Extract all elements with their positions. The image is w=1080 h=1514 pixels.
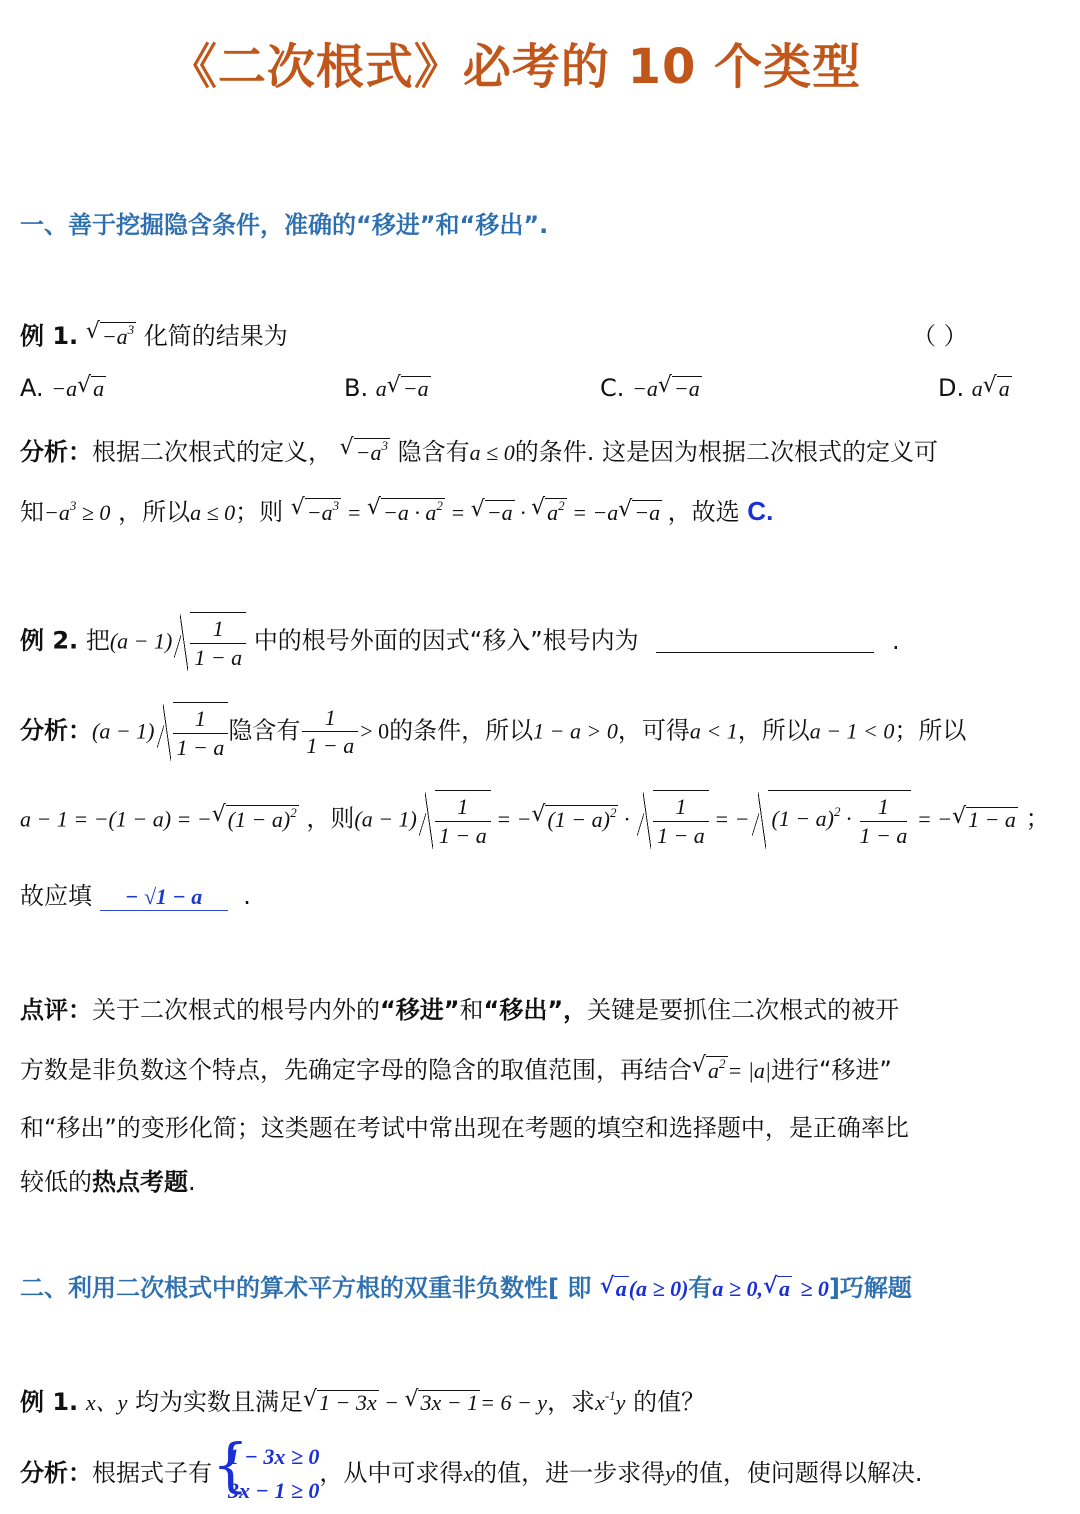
option-c: C. −a−a [600, 374, 702, 402]
derivation: −a3 = −a · a2 = −a · a2 = −a−a [291, 500, 668, 525]
option-a: A. −aa [20, 374, 106, 402]
answer-choice: C. [747, 496, 773, 526]
fill-answer-line: 故应填 − √1 − a . [20, 876, 251, 911]
option-b: B. a−a [344, 374, 431, 402]
comment-line-3: 和“移出”的变形化简；这类题在考试中常出现在考题的填空和选择题中，是正确率比 [20, 1108, 909, 1143]
comment-line-4: 较低的热点考题. [20, 1162, 196, 1197]
sqrt-expression: −a3 [86, 322, 136, 350]
answer-bracket: （ ） [912, 316, 968, 351]
example-2-question: 例 2. 把(a − 1)11 − a 中的根号外面的因式“移入”根号内为 . [20, 612, 900, 671]
answer-blank [656, 651, 874, 653]
analysis-1-line-1: 分析：根据二次根式的定义， −a3 隐含有a ≤ 0的条件. 这是因为根据二次根… [20, 432, 938, 467]
section-2-analysis: 分析：根据式子有{1 − 3x ≥ 03x − 1 ≥ 0，从中可求得x的值，进… [20, 1440, 923, 1508]
section-2-heading: 二、利用二次根式中的算术平方根的双重非负数性[ 即 a(a ≥ 0)有a ≥ 0… [20, 1268, 912, 1303]
option-d: D. aa [938, 374, 1012, 402]
section-1-heading: 一、善于挖掘隐含条件，准确的“移进”和“移出”. [20, 205, 548, 240]
example-label: 例 1. [20, 322, 78, 350]
page-title: 《二次根式》必考的 10 个类型 [0, 28, 1030, 97]
inequality-system: {1 − 3x ≥ 03x − 1 ≥ 0 [212, 1440, 319, 1508]
comment-line-1: 点评：关于二次根式的根号内外的“移进”和“移出”，关键是要抓住二次根式的被开 [20, 990, 899, 1025]
analysis-1-line-2: 知−a3 ≥ 0 ，所以a ≤ 0；则 −a3 = −a · a2 = −a ·… [20, 492, 773, 527]
example-1-question: 例 1. −a3 化简的结果为 [20, 316, 288, 351]
section-2-example-1: 例 1. x、y 均为实数且满足1 − 3x − 3x − 1= 6 − y，求… [20, 1382, 705, 1417]
comment-line-2: 方数是非负数这个特点，先确定字母的隐含的取值范围，再结合a2= |a|进行“移进… [20, 1050, 892, 1085]
analysis-2-line-2: a − 1 = −(1 − a) = −(1 − a)2 ，则(a − 1)11… [20, 790, 1050, 849]
filled-answer: − √1 − a [100, 882, 228, 911]
analysis-2-line-1: 分析：(a − 1)11 − a隐含有11 − a> 0的条件，所以1 − a … [20, 702, 966, 761]
question-text: 化简的结果为 [144, 322, 288, 350]
